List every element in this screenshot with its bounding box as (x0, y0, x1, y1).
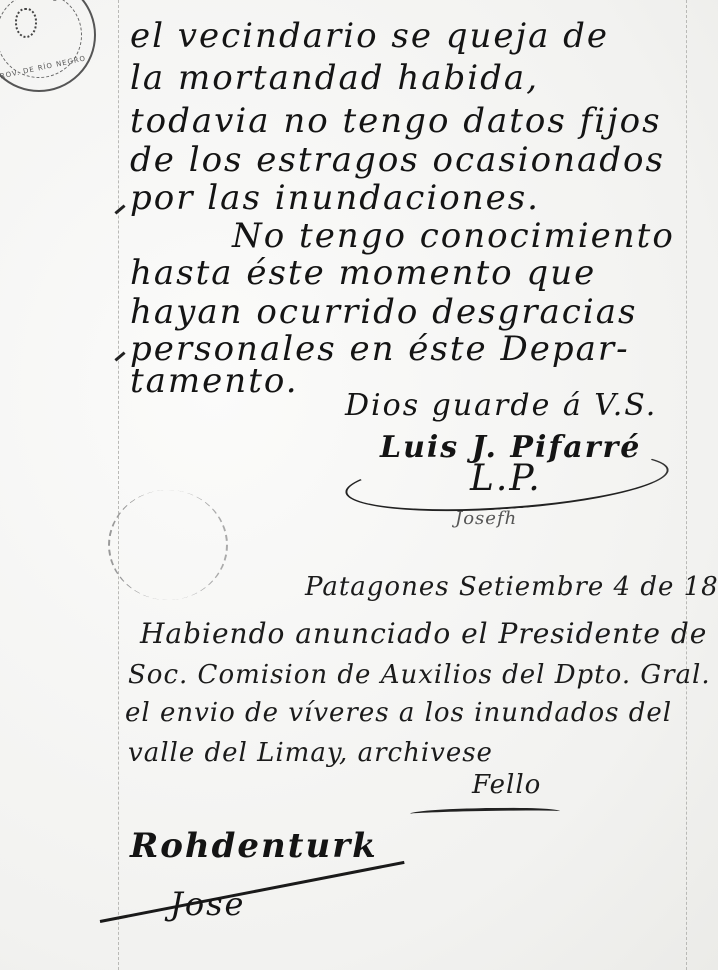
coat-of-arms-icon (15, 8, 37, 38)
annotation-line: Soc. Comision de Auxilios del Dpto. Gral… (128, 660, 718, 690)
annotation-line: valle del Limay, archivese (128, 738, 493, 768)
body-line: No tengo conocimiento (232, 216, 675, 256)
body-line: tamento. (130, 361, 299, 401)
signature-stroke (100, 861, 405, 923)
faint-stamp-outline (108, 490, 228, 600)
document-page: ARCHIVO HISTÓRICO PROV. DE RÍO NEGRO el … (0, 0, 718, 970)
annotation-line: Habiendo anunciado el Presidente de la (140, 617, 718, 650)
archive-stamp: ARCHIVO HISTÓRICO PROV. DE RÍO NEGRO (0, 0, 96, 92)
body-line: de los estragos ocasionados (130, 140, 665, 180)
margin-rule-left (118, 0, 119, 970)
body-line: hasta éste momento que (130, 253, 596, 293)
closing-salutation: Dios guarde á V.S. (345, 388, 657, 423)
annotation-signature: Fello (472, 770, 541, 800)
margin-mark (114, 204, 125, 214)
body-line: por las inundaciones. (130, 178, 540, 218)
bottom-signature: Jose (170, 885, 245, 923)
body-line: la mortandad habida, (130, 58, 539, 98)
margin-rule-right (686, 0, 687, 970)
body-line: el vecindario se queja de (130, 16, 609, 56)
signature-initials: L.P. (470, 458, 542, 499)
margin-mark (114, 351, 125, 361)
body-line: hayan ocurrido desgracias (130, 292, 637, 332)
body-line: todavia no tengo datos fijos (130, 101, 662, 141)
signature-subscript: Josefh (455, 508, 517, 529)
signature-underline (410, 807, 560, 819)
bottom-signature: Rohdenturk (130, 826, 378, 866)
annotation-line: el envio de víveres a los inundados del (125, 698, 672, 728)
annotation-date-line: Patagones Setiembre 4 de 1899. (305, 572, 718, 602)
